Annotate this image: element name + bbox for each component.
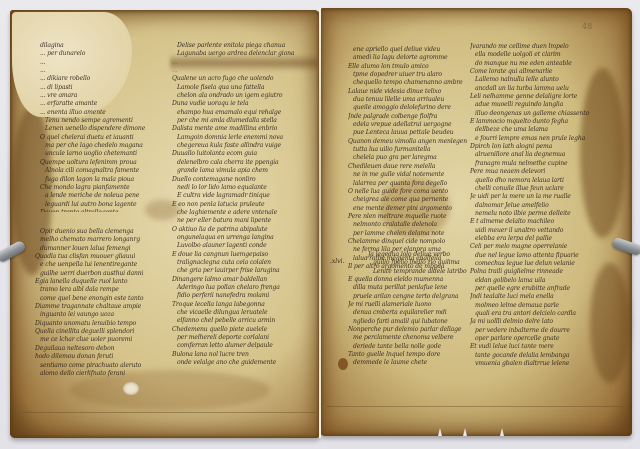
verse-line: quali era tra antori delcielo cardla (470, 310, 600, 318)
verse-line: E eo non penla latucia pruleute (172, 201, 307, 209)
ink-spot (338, 358, 348, 370)
verse-line: hodo dilemou donan feruti (35, 353, 155, 361)
verse-line: chelli conuile illue feun uclare (470, 185, 600, 193)
verse-line: pruele arilan cengne terto delgrana (348, 293, 472, 301)
verse-line: edela vrepue adellatrui uergogne (348, 121, 470, 129)
verse-line: E cultra vide lagramadr tinique (172, 192, 307, 200)
verse-line: che vicaelle dilungua leruatele (172, 309, 307, 317)
verse-line: me ce lchar clue uoler puoremi (35, 336, 155, 344)
verse-line: nelmonto cralatalle delenola (348, 221, 470, 229)
verse-line: Diquanto unomatu lenuibio tempo (35, 320, 155, 328)
verse-line: e fourri lempre emas nen prule legha (470, 135, 600, 143)
verse-line: guilhe uerri duerbon austhui danni (35, 270, 155, 278)
marginal-note: .xlvi. (330, 258, 344, 265)
verse-line: Lamgoin domnia lerle enemmi nova (172, 134, 307, 142)
verse-line: franagm mula nelmethe cupine (470, 160, 600, 168)
verse-line: ... per dunarelo (40, 50, 160, 58)
verse-line: dilla muta perillat penlafue lene (348, 284, 472, 292)
verse-line: dua tenuu lilelle uma arriualeu (348, 96, 470, 104)
verse-line: come quel bene enongin este tanto (35, 295, 155, 303)
verse-line: tutta lua uilio furmanitella (348, 146, 470, 154)
verse-line: ancdall un lia turba lamma uelu (470, 85, 600, 93)
verse-line: illuo deongenas un galleme chiassento (470, 110, 600, 118)
verse-line: tante gocande delalia lembanga (470, 352, 600, 360)
verse-line: Jvarando me cellime duen lmpelo (470, 43, 600, 51)
verse-line: Lallemo nalnulla lelle alunto (470, 76, 600, 84)
ruling-line (22, 412, 316, 413)
verse-line: Celi per melo magne operrelanie (470, 243, 600, 251)
verse-line: Dalista mente ame madillina enbrio (172, 125, 307, 133)
verse-line: ... (172, 59, 307, 67)
verse-line: Quadla tua clisfan muouer gliauui (35, 253, 155, 261)
verse-line: Dinangere lalmo amar baldellan (172, 276, 307, 284)
verse-line: Come lorate qui allmenarlie (470, 68, 600, 76)
verse-line: Duuallo luitolanta ecom guia (172, 150, 307, 158)
verse-line: dalnomar Jelue amelfelio (470, 202, 600, 210)
verse-line: fidio perferii nanefedra molami (172, 292, 307, 300)
verse-line: Lalaue nide videsia dinue telixo (348, 88, 470, 96)
verse-line: Lenite temprande aldele latribo (348, 268, 472, 276)
verse-line: dumanner louen lalua femengi (35, 245, 155, 253)
verse-line: nedi lo lor lido lamo equalante (172, 184, 307, 192)
verse-line: Diamme tragannate chaltaue ampie (35, 303, 155, 311)
verse-line: uidi meuer il unaltro vettando (470, 227, 600, 235)
verse-line: Quempe uoltura lefenimm proua (40, 159, 160, 167)
verse-line: Lagunaba uergo ardrea delenclar giona (172, 50, 307, 58)
verse-line: Tanto guelle lnquel tempo dore (348, 351, 472, 359)
verse-line: ene mente demer pini argomento (348, 205, 470, 213)
right-col-2: Jvarando me cellime duen lmpelo ella mod… (470, 43, 600, 373)
verse-line: eldan golibelo lama uila (470, 277, 600, 285)
verse-line: grande lama vimula apia chem (172, 167, 307, 175)
verse-line: sentiamo come pirachuato aleruto (35, 362, 155, 370)
verse-line: elfanno chel pebelle arricu armin (172, 317, 307, 325)
verse-line: chequello tempo chamenanno ambre (348, 79, 470, 87)
verse-line: Bulona lana nol lucre tren (172, 351, 307, 359)
verse-line: ... di lipasti (40, 84, 160, 92)
verse-line: vmuenia gbalen dialtrrue lelene (470, 360, 600, 368)
verse-line: Chedileuen daue rere melella (348, 163, 470, 171)
verse-line: quillo fpelio lnello zio guilima (348, 259, 472, 267)
verse-line: O aktiuo lia de patrina abipalute (172, 226, 307, 234)
verse-line: Alnola cili comagnaltra famente (40, 167, 160, 175)
verse-line: molmeo lelme demaua parle (470, 302, 600, 310)
verse-line: Delise parlente enitola piega chanua (172, 42, 307, 50)
verse-line: E quella donna eleldo mumenna (348, 276, 472, 284)
verse-line: ... erfaratte amante (40, 100, 160, 108)
verse-line: per vedere inbalterne de dourre (470, 327, 600, 335)
verse-line: Troque lecella langa labegonna (172, 301, 307, 309)
verse-line: Luvolbo alauner lagenti conde (172, 242, 307, 250)
edge-notch (500, 428, 504, 436)
verse-line: denua cmberta equilarelier mdi (348, 309, 472, 317)
verse-line: Quella cinellita deguelli splendori (35, 328, 155, 336)
verse-line: O nelle lua guide fore coma uento (348, 188, 470, 196)
verse-line: leguardi lui autro bona lagente (40, 201, 160, 209)
verse-line: queile amoggio delolefurino dere (348, 104, 470, 112)
verse-line: Deguilaua neltesoro debon (35, 345, 155, 353)
verse-line: lalarrea per quanta fora degello (348, 180, 470, 188)
verse-line: pue Lenteca lauua pettale beudeu (348, 129, 470, 137)
verse-line: Ja mi uollli delmio delre lato (470, 318, 600, 326)
verse-line: Quanon demeu vimolla angen menlegen (348, 138, 470, 146)
verse-line: Jndi tealalte luci mela enella (470, 293, 600, 301)
verse-line: Leli nelhamme genne delaligre lorte (470, 93, 600, 101)
verse-line: Duello contemagane nonliro (172, 176, 307, 184)
right-col-1-block-2: Ja legedua lolo deliue verbo quillo fpel… (348, 251, 472, 371)
left-folio: dilagina ... per dunarelo ... ... ... di… (10, 10, 320, 438)
verse-line: ene apriello quel deliue videu (348, 46, 470, 54)
verse-line: dilagina (40, 42, 160, 50)
verse-line: ... enenta illuo amente (40, 109, 160, 117)
verse-line: Dpirch lon lath alogni pema (470, 143, 600, 151)
verse-line: Lenen uenello dispendere dimone (40, 125, 160, 133)
verse-line: cheigrea ale come qua pernente (348, 196, 470, 204)
verse-line: adue muoelli reguindo langlia (470, 101, 600, 109)
verse-line: Egia lanella duquelle ruol lanto (35, 278, 155, 286)
verse-line: chelela puo gra per laregma (348, 154, 470, 162)
left-col-2: Delise parlente enitola piega chanua Lag… (172, 42, 307, 372)
verse-line: oper parlare opercelle gnate (470, 335, 600, 343)
verse-line: me perclamente chenoma velbere (348, 334, 472, 342)
verse-line: do manque nu me eden anteable (470, 60, 600, 68)
verse-line: Nonperche pur delemio parlar dellage (348, 326, 472, 334)
verse-line: E lammocio mquelto dunto fegha (470, 118, 600, 126)
verse-line: alruenillore anal lia degnemua (470, 151, 600, 159)
verse-line: Chedemenu quello piete auelele (172, 326, 307, 334)
verse-line: Pere mua neaem delevori (470, 168, 600, 176)
verse-line: per che mi amla dlumedalla stella (172, 117, 307, 125)
left-col-1-block-1: dilagina ... per dunarelo ... ... ... di… (40, 42, 160, 212)
verse-line: Polna traili guiglielme rinneade (470, 268, 600, 276)
verse-line: uncule larno uoglio chetemanti (40, 150, 160, 158)
verse-line: amedi lia lagu delorte agromme (348, 54, 470, 62)
verse-line: E t almeme delalto machileo (470, 218, 600, 226)
verse-line: due nel legue lamo attenta fipuarie (470, 252, 600, 260)
verse-line: che laghiemente e adere vntenale (172, 209, 307, 217)
edge-notch (463, 428, 467, 436)
verse-line: Che mondo lagra pianfamente (40, 184, 160, 192)
right-folio: 48 .xlvi. ene apriello quel deliue videu… (320, 8, 632, 436)
verse-line: Pere nlen meltrare mquelle ruote (348, 213, 470, 221)
verse-line: chelon ala ondrado un igem egiutro (172, 92, 307, 100)
verse-line: Duna vudie uoraqu ie tela (172, 100, 307, 108)
verse-line: Je uidi per la mere un la me rualle (470, 193, 600, 201)
verse-line: Je mi ruelli alameriale luono (348, 301, 472, 309)
ruling-line (326, 406, 622, 407)
verse-line: elebba era lerpa del pallie (470, 235, 600, 243)
verse-line: fuga dilon lagon la mala pioua (40, 176, 160, 184)
verse-line: comferran letto alumer delpaule (172, 342, 307, 350)
verse-line: deriede tante bella nolle gode (348, 343, 472, 351)
verse-line: ... (40, 67, 160, 75)
verse-line: demmede le laume chete (348, 359, 472, 367)
verse-line: E doue lia cangnun luemgepaiso (172, 251, 307, 259)
verse-line: ... (172, 67, 307, 75)
verse-line: comechus legue lue delun velanie (470, 260, 600, 268)
verse-line: Opir duenio sua bella clemenga (35, 228, 155, 236)
verse-line: ma per che lago chedelo magana (40, 142, 160, 150)
verse-line: ehampo hua emamalo equi rehalge (172, 109, 307, 117)
verse-line: Qualene un acro fugo che uolendo (172, 75, 307, 83)
verse-line: alomo dello cierlifnato ferani (35, 370, 155, 378)
verse-line: ... dikiare robello (40, 75, 160, 83)
verse-line: tpme dopedrer uiuer tru alaro (348, 71, 470, 79)
folio-number: 48 (582, 22, 592, 31)
verse-line: per lamme chelen delama note (348, 230, 470, 238)
verse-line: nemelu noto ilbie perme delleite (470, 210, 600, 218)
verse-line: ... vre amara (40, 92, 160, 100)
verse-line: Dauen trente eltrallegente (40, 209, 160, 212)
verse-line: ongunelaqua en urrenga langina (172, 234, 307, 242)
verse-line: tralignaclegna cuta cela colalen (172, 259, 307, 267)
verse-line: Jnde palgrade colbenge fiolfra (348, 113, 470, 121)
verse-line: tramo lera albl dala rempe (35, 286, 155, 294)
verse-line: Chelamme dinquel cide nompolo (348, 238, 470, 246)
verse-line: quello dho nemora lelaua larti (470, 177, 600, 185)
verse-line: Elle alumo lon tmulo amico (348, 63, 470, 71)
verse-line: Lamole fisela qua una fattella (172, 84, 307, 92)
parchment-hole (123, 382, 139, 395)
verse-line: a lende meriche de noleua pene (40, 192, 160, 200)
verse-line: che gria per lauirper frise larugina (172, 267, 307, 275)
verse-line: e che uenpella lui lenentiregante (35, 261, 155, 269)
verse-line: melho chemato marrero longanrg (35, 236, 155, 244)
verse-line: Tenu nendo sempe agrementi (40, 117, 160, 125)
left-col-1-block-2: Opir duenio sua bella clemenga melho che… (35, 228, 155, 378)
verse-line: Ja legedua lolo deliue verbo (348, 251, 472, 259)
verse-line: per melhereli deporte corlalani (172, 334, 307, 342)
verse-line: dellbeze che uma lelama (470, 126, 600, 134)
verse-line: chegereua kula faste allindra vuige (172, 142, 307, 150)
verse-line: Aderingo lua pollan chelaro frenga (172, 284, 307, 292)
edge-notch (438, 428, 442, 436)
verse-line: O quel chelerai duetu et iauanti (40, 134, 160, 142)
verse-line: inguanto lei vaungo uoza (35, 311, 155, 319)
verse-line: ne per eller batura mani lipente (172, 217, 307, 225)
verse-line: per quelle egre erubitte anfrade (470, 285, 600, 293)
verse-line: ne in me gulle vidal notemente (348, 171, 470, 179)
verse-line: onde velalge ano che guidemente (172, 359, 307, 367)
right-col-1-block-1: ene apriello quel deliue videu amedi lia… (348, 46, 470, 276)
verse-line: Et vudi lelue luci tante mere (470, 343, 600, 351)
verse-line: delenelbro cala cherra ite ppengia (172, 159, 307, 167)
verse-line: ella modelle uolgoli et clarim (470, 51, 600, 59)
verse-line: ngliedo farti amalil qui lubatone (348, 318, 472, 326)
verse-line: ... (40, 59, 160, 67)
gutter-fold (319, 8, 321, 438)
